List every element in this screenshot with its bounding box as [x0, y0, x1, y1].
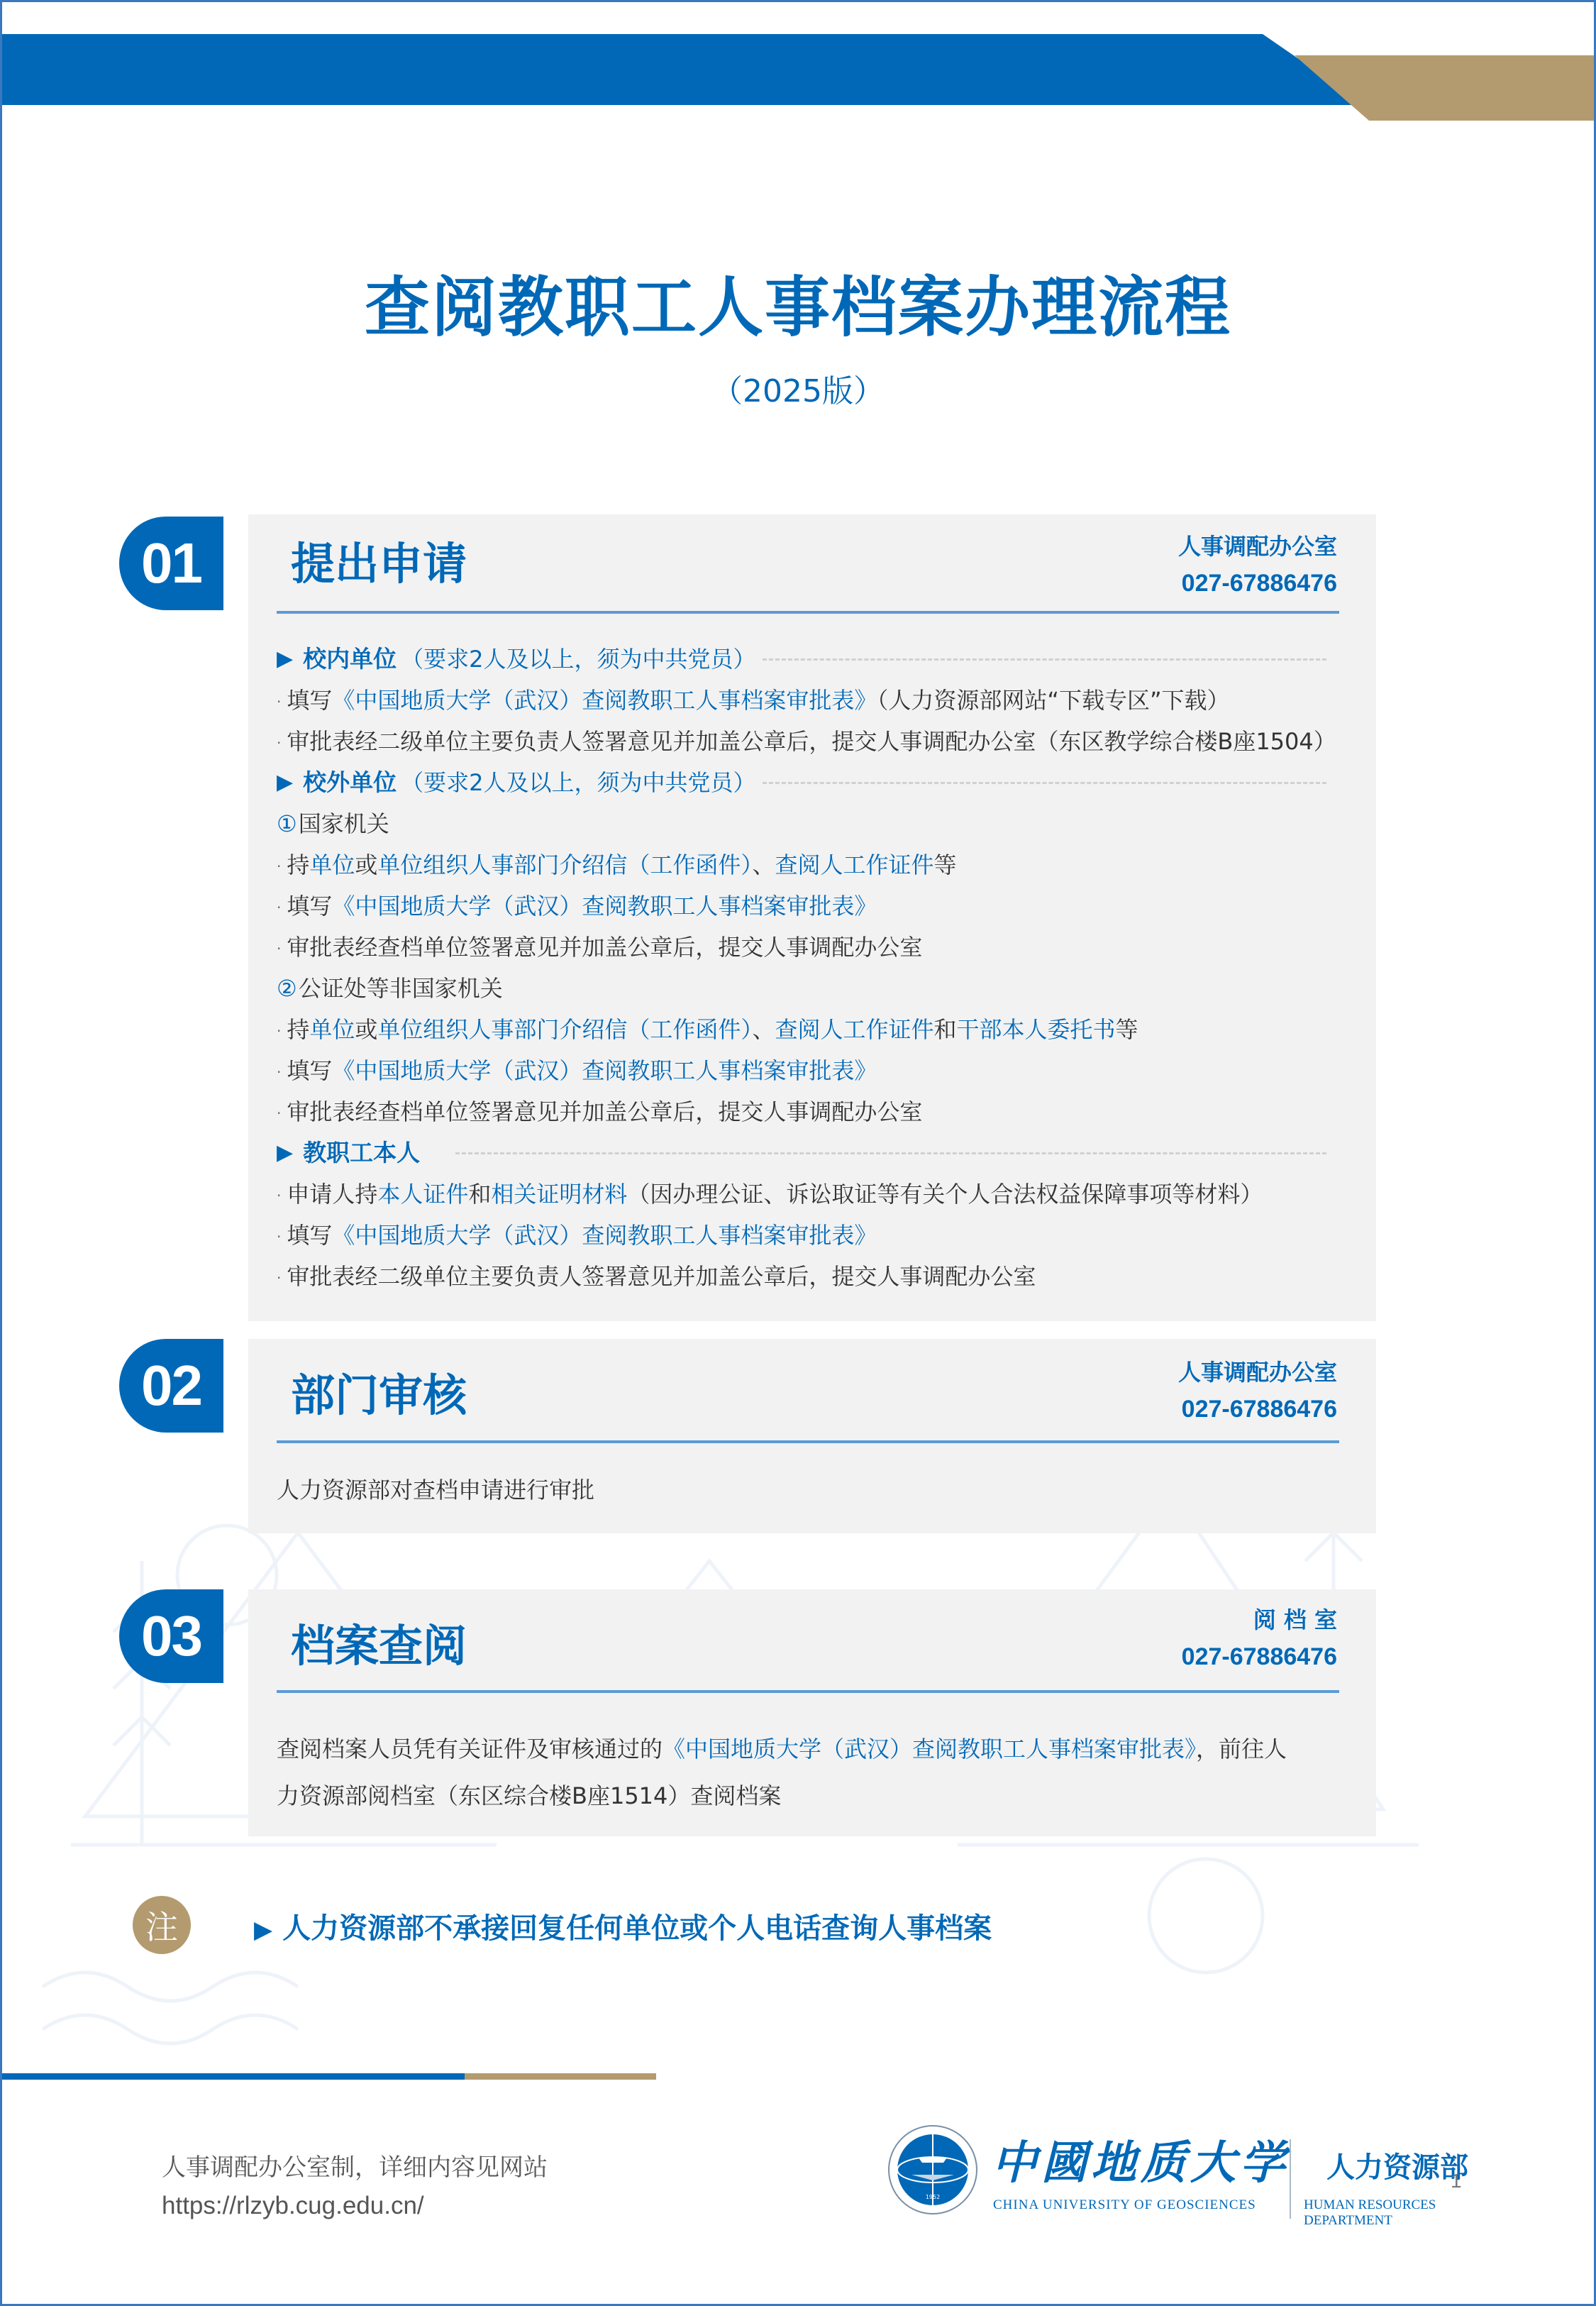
- list-item: ·申请人持本人证件和相关证明材料（因办理公证、诉讼取证等有关个人合法权益保障事项…: [277, 1174, 1348, 1215]
- form-name-link: 《中国地质大学（武汉）查阅教职工人事档案审批表》: [332, 893, 877, 920]
- page-subtitle: （2025版）: [0, 365, 1596, 411]
- step-title: 部门审核: [291, 1360, 467, 1423]
- subgroup-heading: ①国家机关: [277, 803, 1348, 844]
- step-body: ▶ 校内单位 （要求2人及以上，须为中共党员） ·填写《中国地质大学（武汉）查阅…: [277, 639, 1348, 1297]
- dashed-divider: [763, 782, 1326, 784]
- bullet-icon: ·: [277, 734, 281, 751]
- header-blue-bar: [0, 34, 1365, 105]
- university-name-cn: 中國地质大学: [992, 2126, 1290, 2192]
- footer-credit: 人事调配办公室制，详细内容见网站 https://rlzyb.cug.edu.c…: [162, 2148, 548, 2225]
- dashed-divider: [763, 658, 1326, 661]
- form-name-link: 《中国地质大学（武汉）查阅教职工人事档案审批表》: [332, 687, 877, 714]
- triangle-icon: ▶: [277, 1132, 293, 1174]
- step-card-review: 部门审核 人事调配办公室 027-67886476 人力资源部对查档申请进行审批: [248, 1339, 1376, 1533]
- step-title: 提出申请: [291, 529, 467, 592]
- triangle-icon: ▶: [277, 762, 293, 803]
- step-title: 档案查阅: [291, 1611, 467, 1674]
- group-heading-external: ▶ 校外单位 （要求2人及以上，须为中共党员）: [277, 762, 1348, 803]
- list-item: ·填写《中国地质大学（武汉）查阅教职工人事档案审批表》（人力资源部网站“下载专区…: [277, 680, 1348, 721]
- bullet-icon: ·: [277, 1064, 281, 1081]
- divider: [277, 1440, 1339, 1443]
- university-seal-icon: 1952: [887, 2124, 979, 2216]
- list-item: ·填写《中国地质大学（武汉）查阅教职工人事档案审批表》: [277, 1050, 1348, 1091]
- form-name-link: 《中国地质大学（武汉）查阅教职工人事档案审批表》: [663, 1736, 1196, 1762]
- step-office: 人事调配办公室: [1178, 1355, 1337, 1387]
- footer-divider-blue: [2, 2073, 465, 2080]
- bullet-icon: ·: [277, 1105, 281, 1122]
- step-phone: 027-67886476: [1182, 1396, 1337, 1423]
- list-item: ·审批表经二级单位主要负责人签署意见并加盖公章后，提交人事调配办公室（东区教学综…: [277, 721, 1348, 762]
- list-item: ·持单位或单位组织人事部门介绍信（工作函件）、查阅人工作证件等: [277, 844, 1348, 886]
- step-number-badge: 01: [119, 517, 223, 610]
- step-phone: 027-67886476: [1182, 1643, 1337, 1671]
- step-card-apply: 提出申请 人事调配办公室 027-67886476 ▶ 校内单位 （要求2人及以…: [248, 514, 1376, 1321]
- list-item: ·审批表经查档单位签署意见并加盖公章后，提交人事调配办公室: [277, 1091, 1348, 1132]
- bullet-icon: ·: [277, 693, 281, 710]
- form-name-link: 《中国地质大学（武汉）查阅教职工人事档案审批表》: [332, 1057, 877, 1084]
- page-number: 1: [1451, 2170, 1462, 2192]
- step-office: 阅 档 室: [1253, 1602, 1337, 1635]
- list-item: ·持单位或单位组织人事部门介绍信（工作函件）、查阅人工作证件和干部本人委托书等: [277, 1009, 1348, 1050]
- step-body: 人力资源部对查档申请进行审批: [277, 1467, 1348, 1513]
- bullet-icon: ·: [277, 1022, 281, 1039]
- triangle-icon: ▶: [254, 1916, 272, 1944]
- bullet-icon: ·: [277, 940, 281, 957]
- university-logo: 1952 中國地质大学 CHINA UNIVERSITY OF GEOSCIEN…: [887, 2118, 1525, 2224]
- university-name-en: CHINA UNIVERSITY OF GEOSCIENCES: [993, 2197, 1256, 2213]
- page-title: 查阅教职工人事档案办理流程: [0, 255, 1596, 349]
- triangle-icon: ▶: [277, 639, 293, 680]
- list-item: ·审批表经二级单位主要负责人签署意见并加盖公章后，提交人事调配办公室: [277, 1256, 1348, 1297]
- note-text: ▶人力资源部不承接回复任何单位或个人电话查询人事档案: [254, 1906, 992, 1946]
- list-item: ·审批表经查档单位签署意见并加盖公章后，提交人事调配办公室: [277, 927, 1348, 968]
- note-badge: 注: [133, 1896, 191, 1954]
- department-name-en: HUMAN RESOURCES DEPARTMENT: [1304, 2197, 1525, 2229]
- step-number-badge: 02: [119, 1339, 223, 1433]
- group-heading-internal: ▶ 校内单位 （要求2人及以上，须为中共党员）: [277, 639, 1348, 680]
- footer-divider-tan: [465, 2073, 656, 2080]
- divider: [277, 1690, 1339, 1693]
- group-heading-staff-self: ▶ 教职工本人: [277, 1132, 1348, 1174]
- divider: [277, 611, 1339, 614]
- list-item: ·填写《中国地质大学（武汉）查阅教职工人事档案审批表》: [277, 886, 1348, 927]
- subgroup-heading: ②公证处等非国家机关: [277, 968, 1348, 1009]
- dashed-divider: [455, 1152, 1326, 1154]
- header-tan-bar: [1295, 43, 1596, 121]
- bullet-icon: ·: [277, 1228, 281, 1245]
- department-name-cn: 人力资源部: [1326, 2145, 1468, 2185]
- list-item: ·填写《中国地质大学（武汉）查阅教职工人事档案审批表》: [277, 1215, 1348, 1256]
- step-body: 查阅档案人员凭有关证件及审核通过的《中国地质大学（武汉）查阅教职工人事档案审批表…: [277, 1726, 1348, 1819]
- logo-separator: [1290, 2139, 1291, 2219]
- bullet-icon: ·: [277, 1269, 281, 1286]
- bullet-icon: ·: [277, 1187, 281, 1204]
- step-phone: 027-67886476: [1182, 570, 1337, 597]
- step-office: 人事调配办公室: [1178, 529, 1337, 561]
- website-link[interactable]: https://rlzyb.cug.edu.cn/: [162, 2187, 548, 2225]
- bullet-icon: ·: [277, 858, 281, 875]
- svg-text:1952: 1952: [926, 2194, 940, 2200]
- step-card-archive-access: 档案查阅 阅 档 室 027-67886476 查阅档案人员凭有关证件及审核通过…: [248, 1589, 1376, 1836]
- form-name-link: 《中国地质大学（武汉）查阅教职工人事档案审批表》: [332, 1222, 877, 1249]
- bullet-icon: ·: [277, 899, 281, 916]
- step-number-badge: 03: [119, 1589, 223, 1683]
